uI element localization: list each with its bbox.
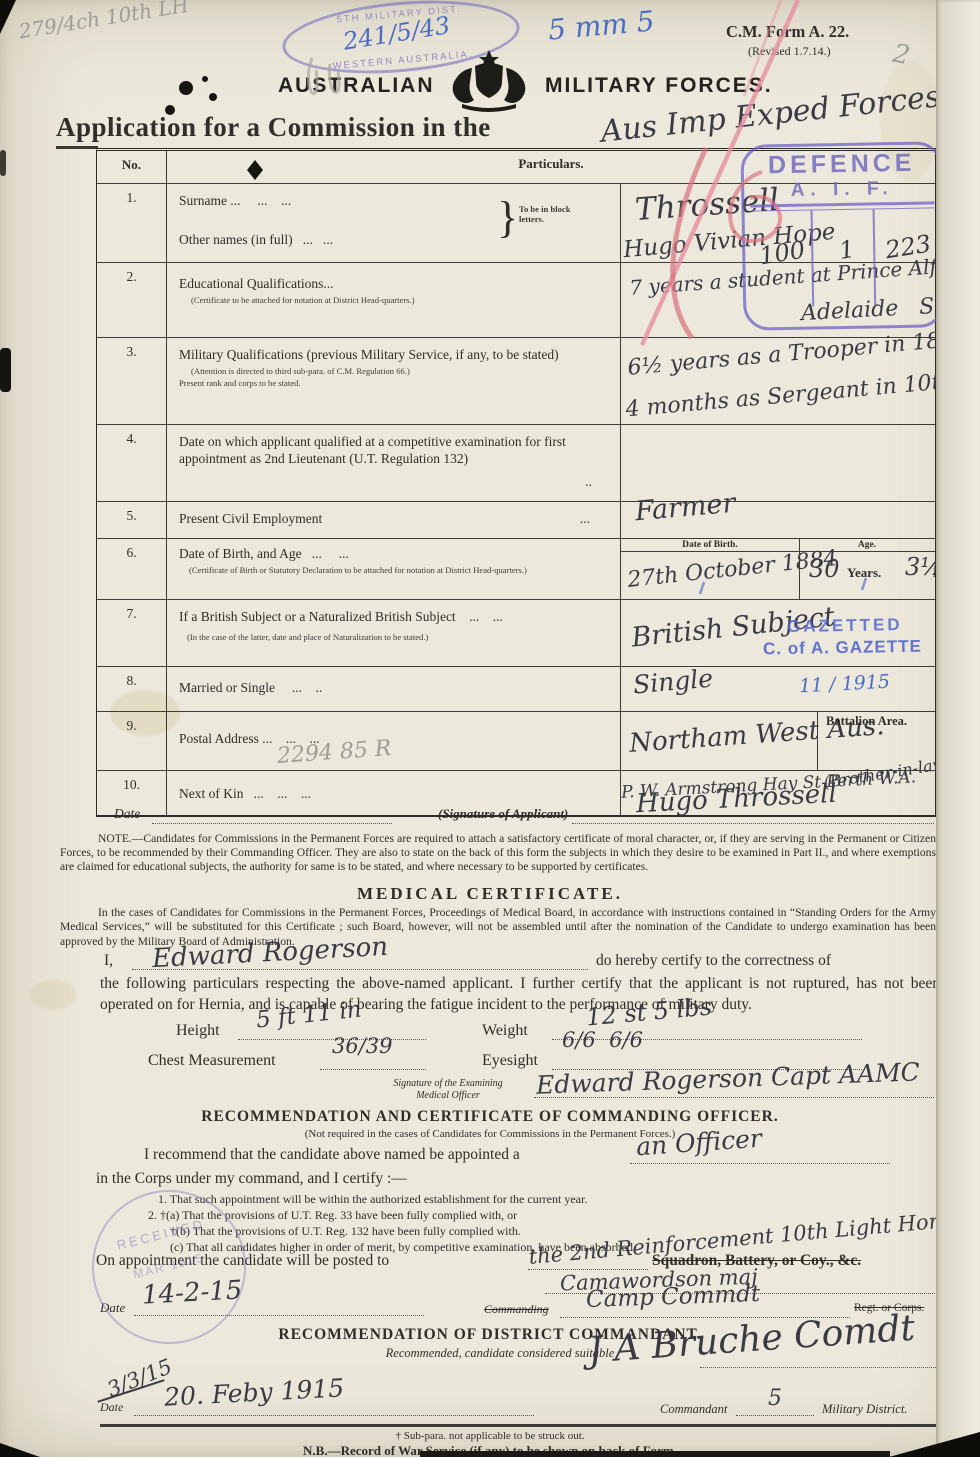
edge-mark-left-2: [0, 150, 6, 176]
scanned-form-page: 279/4ch 10th LH 2 5TH MILITARY DIST. 241…: [0, 0, 980, 1457]
note-paragraph: NOTE.—Candidates for Commissions in the …: [60, 832, 936, 874]
defence-cell-3: 223: [884, 231, 933, 262]
years-label: Years.: [847, 565, 881, 581]
table-row-exam-date: 4. Date on which applicant qualified at …: [97, 425, 935, 502]
co-recommendation-heading: RECOMMENDATION AND CERTIFICATE OF COMMAN…: [0, 1108, 980, 1126]
dob-subcell: Date of Birth. 27th October 1884: [621, 539, 800, 599]
commandant-line: [736, 1414, 814, 1416]
gazette-date-blue: 11 / 1915: [799, 673, 891, 697]
applicant-date-label: Date: [114, 806, 140, 822]
exam-date-dots: ..: [585, 474, 592, 491]
footnote-subpara: † Sub-para. not applicable to be struck …: [0, 1430, 980, 1442]
certify-lead-text: do hereby certify to the correctness of: [596, 952, 831, 970]
defence-cell-1: 100: [758, 238, 807, 269]
british-subject-note: (In the case of the latter, date and pla…: [187, 632, 614, 642]
block-letters-note: To be in block letters.: [519, 204, 583, 225]
edge-mark-left: [0, 348, 11, 392]
defence-stamp-cells: 100 1 223: [751, 208, 937, 307]
employment-value: Farmer: [634, 490, 736, 526]
form-number: C.M. Form A. 22.: [726, 22, 849, 42]
footnote-nb: N.B.—Record of War Service (if any) to b…: [0, 1443, 980, 1457]
military-note1: (Attention is directed to third sub-para…: [191, 366, 614, 376]
age-years-value: 30: [809, 557, 840, 581]
dark-corner-top-left: [0, 0, 16, 34]
blue-ink-note-top: 5 mm 5: [547, 7, 656, 44]
defence-stamp-line2: A. I. F.: [744, 177, 940, 202]
height-label: Height: [176, 1022, 220, 1040]
pencil-note-top-left: 279/4ch 10th LH: [17, 0, 190, 41]
co-line1-rule: [630, 1162, 890, 1164]
ink-speck: [179, 81, 193, 95]
table-row-employment: 5. Present Civil Employment ... Farmer: [97, 502, 935, 539]
brace-glyph: }: [497, 190, 518, 245]
co-line1: I recommend that the candidate above nam…: [144, 1146, 520, 1164]
org-name-right: MILITARY FORCES.: [545, 74, 773, 98]
medical-heading: MEDICAL CERTIFICATE.: [0, 884, 980, 904]
ink-speck: [202, 76, 208, 82]
exam-date-label-text: Date on which applicant qualified at a c…: [179, 434, 579, 468]
page-title: Application for a Commission in the: [56, 112, 491, 143]
birth-age-note: (Certificate of Birth or Statutory Decla…: [189, 565, 614, 575]
district-signature-line: [700, 1366, 936, 1368]
gazetted-stamp-line2: C. of A. GAZETTE: [763, 637, 922, 660]
table-row-married-single: 8. Married or Single ... .. Single 11 / …: [97, 667, 935, 712]
next-of-kin-label: Next of Kin ... ... ...: [179, 786, 614, 803]
defence-stamp-line1: DEFENCE: [744, 148, 940, 180]
chest-line: [320, 1068, 426, 1070]
employment-label: Present Civil Employment: [179, 511, 322, 528]
birth-age-label: Date of Birth, and Age ... ...: [179, 546, 614, 563]
employment-dots: ...: [580, 511, 590, 528]
medical-signature-value: Edward Rogerson Capt AAMC: [536, 1059, 921, 1097]
medical-signature-caption: Signature of the Examining Medical Offic…: [368, 1078, 528, 1102]
table-row-birth-age: 6. Date of Birth, and Age ... ... (Certi…: [97, 539, 935, 600]
co-item-1: 1. That such appointment will be within …: [158, 1192, 587, 1207]
military-label: Military Qualifications (previous Milita…: [179, 347, 614, 364]
district-number-value: 5: [768, 1388, 782, 1410]
district-date-hw2: 20. Feby 1915: [163, 1375, 344, 1409]
form-revision: (Revised 1.7.14.): [748, 44, 831, 59]
military-note2: Present rank and corps to be stated.: [179, 378, 614, 388]
certify-body-text: the following particulars respecting the…: [100, 974, 940, 1016]
footer-rule: [100, 1424, 940, 1427]
military-district-label: Military District.: [822, 1402, 907, 1417]
paper-stain: [30, 980, 76, 1010]
table-row-british-subject: 7. If a British Subject or a Naturalized…: [97, 600, 935, 667]
applicant-signature-line: [572, 822, 934, 824]
co-line2: in the Corps under my command, and I cer…: [96, 1170, 407, 1188]
table-row-military: 3. Military Qualifications (previous Mil…: [97, 338, 935, 425]
co-line1-handwritten: an Officer: [635, 1126, 762, 1160]
eyesight-value: 6/6 6/6: [562, 1030, 643, 1051]
defence-cell-2: 1: [837, 237, 856, 263]
table-row-postal-address: 9. Postal Address ... ... ... 2294 85 R …: [97, 712, 935, 771]
district-date-line: [134, 1414, 534, 1416]
eyesight-label: Eyesight: [482, 1052, 538, 1070]
district-date-label: Date: [100, 1400, 123, 1415]
header-no: No.: [97, 151, 167, 183]
chest-value: 36/39: [332, 1036, 393, 1057]
education-label: Educational Qualifications...: [179, 276, 614, 293]
married-single-value: Single: [632, 666, 714, 698]
org-name-left: AUSTRALIAN: [278, 74, 435, 98]
other-names-label: Other names (in full) ... ...: [179, 232, 614, 249]
chest-label: Chest Measurement: [148, 1052, 276, 1070]
torn-right-edge: [936, 0, 980, 1457]
dob-subheader: Date of Birth.: [621, 539, 799, 552]
applicant-date-line: [152, 822, 392, 824]
weight-label: Weight: [482, 1022, 528, 1040]
coat-of-arms-icon: [442, 48, 536, 114]
pencil-number-note: 2294 85 R: [276, 738, 392, 768]
age-subheader: Age.: [799, 539, 935, 552]
medical-i-label: I,: [104, 952, 113, 970]
married-single-label: Married or Single ... ..: [179, 680, 614, 697]
title-underline: [56, 146, 98, 149]
defence-aif-stamp: DEFENCE A. I. F. 100 1 223: [740, 141, 945, 330]
british-subject-label: If a British Subject or a Naturalized Br…: [179, 609, 614, 626]
commanding-label: Commanding: [484, 1302, 549, 1317]
postal-address-label: Postal Address ... ... ...: [179, 731, 614, 748]
co-recommendation-subheading: (Not required in the cases of Candidates…: [0, 1128, 980, 1140]
education-note: (Certificate to be attached for notation…: [191, 295, 614, 305]
commanding-value: Camp Commdt: [586, 1283, 761, 1312]
gazetted-stamp-line1: GAZETTED: [787, 615, 903, 637]
battalion-area-header: Battalion Area.: [818, 712, 935, 729]
applicant-signature-caption: (Signature of Applicant): [438, 806, 568, 822]
ink-speck: [209, 93, 217, 101]
commandant-label: Commandant: [660, 1402, 727, 1417]
age-subcell: Age. 30 Years. 3½ Months.: [799, 539, 935, 599]
